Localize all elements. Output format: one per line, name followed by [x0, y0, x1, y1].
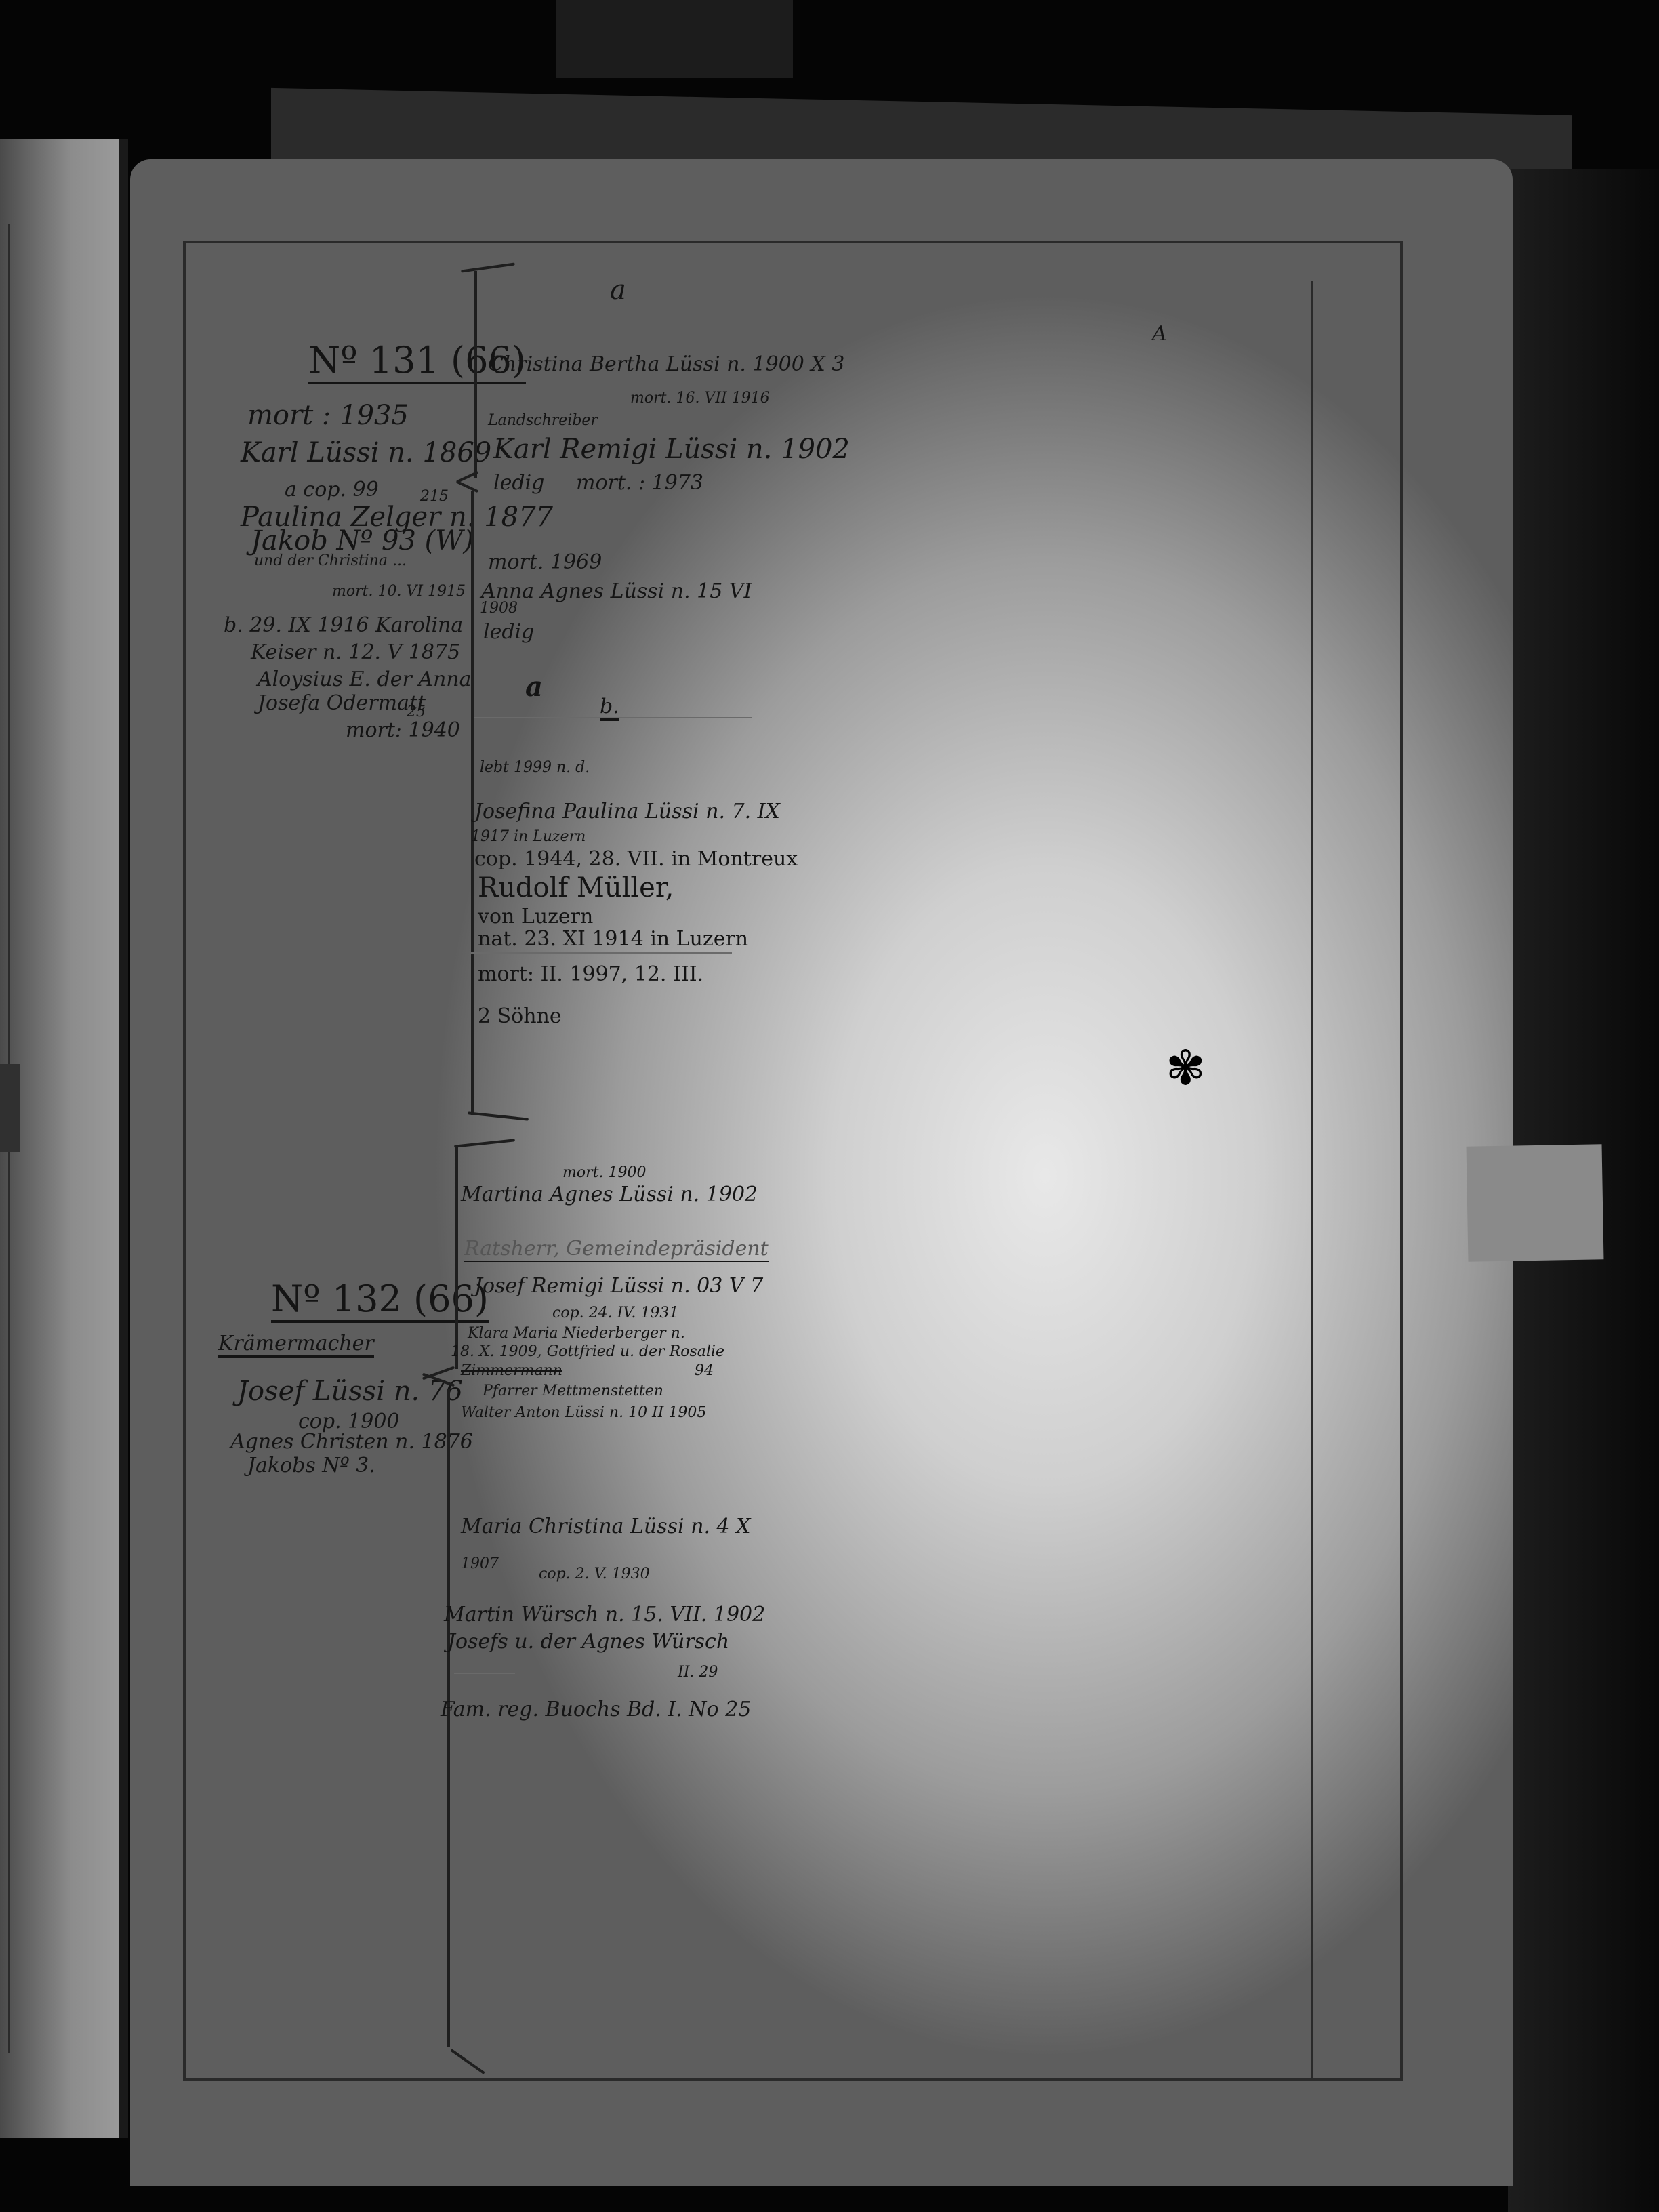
section-b-divider: [471, 952, 732, 954]
c132-child4-year: 1907: [461, 1555, 499, 1572]
section-a-child2: Karl Remigi Lüssi n. 1902: [493, 434, 850, 465]
entry-132-wife: Agnes Christen n. 1876: [230, 1430, 473, 1454]
c132-child2-wife: Klara Maria Niederberger n.: [468, 1325, 685, 1342]
section-a-child1: Christina Bertha Lüssi n. 1900 X 3: [488, 352, 844, 376]
frame-right-rule: [1311, 281, 1313, 2081]
c132-child1: Martina Agnes Lüssi n. 1902: [461, 1183, 758, 1206]
section-b-note: lebt 1999 n. d.: [480, 759, 590, 776]
entry-131-second-wife-4: Josefa Odermatt: [258, 691, 426, 715]
c132-register-ref: Fam. reg. Buochs Bd. I. No 25: [441, 1698, 751, 1721]
section-a-child3-death: mort. 1969: [488, 550, 602, 574]
c132-child1-death: mort. 1900: [562, 1164, 646, 1181]
section-divider: [474, 717, 752, 718]
section-b-child-line2: 1917 in Luzern: [471, 828, 586, 845]
section-a-label: a: [610, 274, 626, 306]
section-a-child2-death: mort. : 1973: [576, 471, 703, 495]
entry-131-mort: mort : 1935: [247, 400, 409, 431]
c132-child2-wife-note: 94: [695, 1362, 714, 1379]
brace-131-upper: [474, 271, 477, 478]
c132-child3-title: Pfarrer Mettmenstetten: [483, 1382, 663, 1399]
c132-divider: [454, 1673, 515, 1674]
section-b-child: Josefina Paulina Lüssi n. 7. IX: [474, 800, 780, 823]
section-b-marriage: cop. 1944, 28. VII. in Montreux: [474, 847, 798, 871]
entry-131-cop: a cop. 99: [285, 478, 379, 501]
entry-132-husband: Josef Lüssi n. 76: [237, 1376, 463, 1407]
c132-child4-spouse-2: Josefs u. der Agnes Würsch: [447, 1630, 729, 1654]
section-b-children: 2 Söhne: [478, 1004, 562, 1028]
section-a-child3-status: ledig: [483, 620, 534, 644]
c132-child2-wife-3: Zimmermann: [461, 1362, 562, 1379]
c132-child4-ref: II. 29: [678, 1664, 718, 1681]
entry-131-second-wife-2: Keiser n. 12. V 1875: [251, 640, 460, 664]
entry-132-occupation: Krämermacher: [218, 1332, 374, 1358]
page-tab: [1467, 1144, 1604, 1261]
section-a-child3-year: 1908: [480, 600, 518, 617]
section-a-child2-status: ledig: [493, 471, 544, 495]
section-b-death: mort: II. 1997, 12. III.: [478, 962, 703, 986]
section-b-spouse-origin: von Luzern: [478, 905, 593, 928]
c132-child2-wife-2: 18. X. 1909, Gottfried u. der Rosalie: [451, 1343, 724, 1360]
c132-child4-cop: cop. 2. V. 1930: [539, 1565, 650, 1582]
section-a-child3: Anna Agnes Lüssi n. 15 VI: [481, 579, 752, 603]
section-a-child2-title: Landschreiber: [488, 412, 598, 429]
c132-child4-spouse: Martin Würsch n. 15. VII. 1902: [444, 1603, 765, 1626]
ink-blot: ✾: [1166, 1040, 1206, 1096]
entry-131-husband: Karl Lüssi n. 1869: [241, 437, 491, 468]
brace-131-lower: [471, 491, 474, 1115]
c132-child2: Josef Remigi Lüssi n. 03 V 7: [474, 1274, 763, 1298]
section-a-mark: a: [525, 671, 543, 703]
left-page-tab: [0, 1064, 20, 1152]
c132-child2-titles: Ratsherr, Gemeindepräsident: [464, 1237, 769, 1262]
entry-131-wife-death: mort. 10. VI 1915: [332, 583, 466, 600]
c132-child2-cop: cop. 24. IV. 1931: [552, 1305, 678, 1322]
c132-child3: Walter Anton Lüssi n. 10 II 1905: [461, 1404, 706, 1421]
brace-132-upper: [455, 1145, 458, 1369]
entry-132-wife-origin: Jakobs Nº 3.: [247, 1454, 375, 1477]
entry-131-second-wife-3: Aloysius E. der Anna: [258, 668, 472, 691]
c132-child4: Maria Christina Lüssi n. 4 X: [461, 1515, 751, 1538]
section-b-spouse: Rudolf Müller,: [478, 872, 674, 903]
marginal-mark: A: [1152, 322, 1167, 346]
section-a-child1-death: mort. 16. VII 1916: [630, 390, 770, 407]
background-object: [556, 0, 793, 78]
entry-131-wife-parents: und der Christina ...: [254, 552, 407, 569]
entry-131-second-wife-mort: mort: 1940: [346, 718, 460, 742]
entry-131-second-marriage: b. 29. IX 1916 Karolina: [224, 613, 463, 637]
section-b-spouse-birth: nat. 23. XI 1914 in Luzern: [478, 927, 748, 951]
